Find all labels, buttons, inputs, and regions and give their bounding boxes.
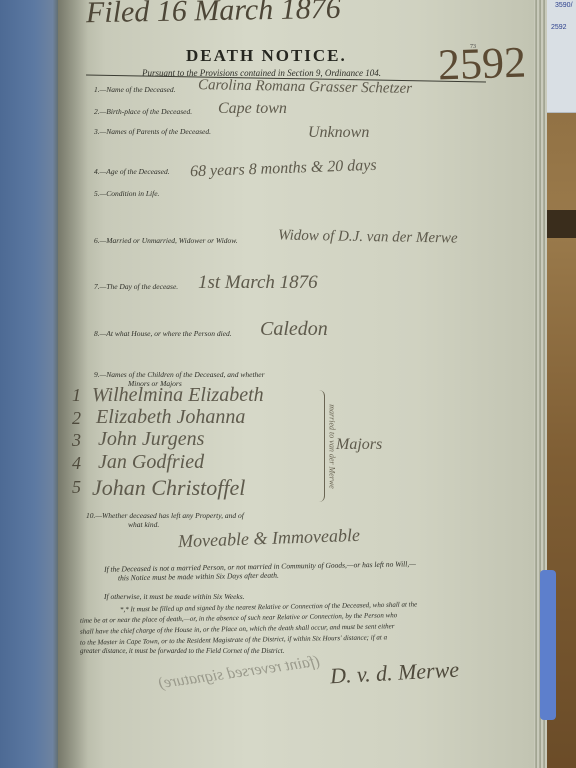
- field-value-date: 1st March 1876: [198, 272, 318, 294]
- field-label-name: 1.—Name of the Deceased.: [94, 85, 175, 94]
- field-label-condition: 5.—Condition in Life.: [94, 189, 159, 198]
- child-name: Jan Godfried: [98, 451, 204, 474]
- field-value-name: Carolina Romana Grasser Schetzer: [198, 77, 412, 98]
- children-status: Majors: [336, 436, 382, 454]
- instruction-line-2: this Notice must be made within Six Days…: [118, 571, 279, 583]
- children-bracket: [316, 390, 325, 502]
- child-name: Elizabeth Johanna: [96, 406, 245, 429]
- field-value-birthplace: Cape town: [218, 100, 287, 118]
- field-value-parents: Unknown: [308, 124, 369, 142]
- document-title: DEATH NOTICE.: [186, 46, 347, 66]
- field-value-place: Caledon: [260, 318, 328, 341]
- child-number: 1: [72, 385, 81, 406]
- book-binding-cloth: [0, 0, 62, 768]
- field-label-marital: 6.—Married or Unmarried, Widower or Wido…: [94, 236, 238, 245]
- field-value-marital: Widow of D.J. van der Merwe: [278, 227, 458, 247]
- field-label-birthplace: 2.—Birth-place of the Deceased.: [94, 107, 192, 116]
- property-value: Moveable & Immoveable: [178, 525, 361, 552]
- child-name: Wilhelmina Elizabeth: [92, 384, 264, 407]
- field-value-age: 68 years 8 months & 20 days: [190, 157, 377, 182]
- child-number: 4: [72, 453, 81, 474]
- property-label-cont: what kind.: [128, 520, 159, 529]
- blue-page-tab: [540, 570, 556, 720]
- field-label-date: 7.—The Day of the decease.: [94, 282, 178, 291]
- shadow-gap: [545, 210, 576, 238]
- index-card: 3590/ 2592: [543, 0, 576, 113]
- child-name: Johan Christoffel: [92, 475, 245, 501]
- index-card-number: 3590/: [555, 2, 573, 9]
- children-label: 9.—Names of the Children of the Deceased…: [94, 370, 265, 379]
- child-number: 2: [72, 408, 81, 429]
- child-number: 3: [72, 430, 81, 451]
- signature: D. v. d. Merwe: [329, 657, 459, 690]
- instruction-line-3: If otherwise, it must be made within Six…: [104, 592, 245, 601]
- child-name: John Jurgens: [98, 428, 204, 451]
- register-superscript: 73: [470, 44, 476, 50]
- death-notice-page: Filed 16 March 1876 2592 73 DEATH NOTICE…: [58, 0, 534, 768]
- index-card-register: 2592: [551, 24, 567, 31]
- field-label-parents: 3.—Names of Parents of the Deceased.: [94, 127, 211, 136]
- instruction-para-5: greater distance, it must be forwarded t…: [80, 647, 284, 655]
- field-label-age: 4.—Age of the Deceased.: [94, 167, 170, 176]
- instruction-para-4: to the Master in Cape Town, or to the Re…: [80, 633, 387, 646]
- child-number: 5: [72, 477, 81, 498]
- filed-annotation: Filed 16 March 1876: [86, 0, 341, 30]
- field-label-place: 8.—At what House, or where the Person di…: [94, 329, 232, 338]
- bleed-through-signature: (faint reversed signature): [158, 653, 321, 693]
- property-label: 10.—Whether deceased has left any Proper…: [86, 511, 244, 520]
